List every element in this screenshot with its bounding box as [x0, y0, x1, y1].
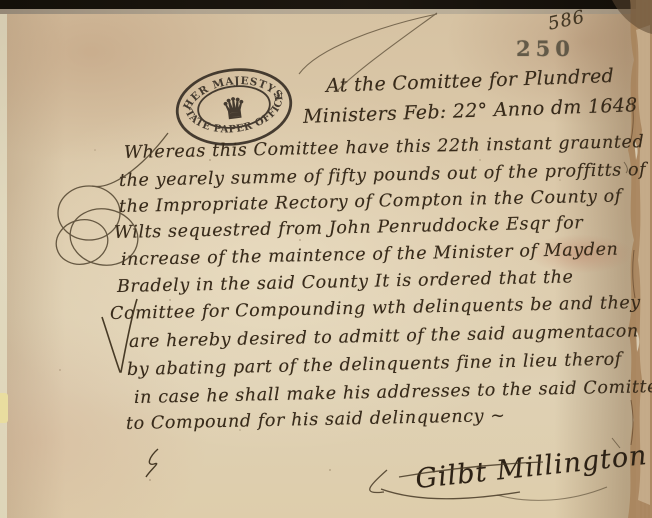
date-stamp-number: 250	[516, 36, 575, 61]
book-top-edge	[0, 0, 652, 9]
manuscript-line: by abating part of the delinquents fine …	[127, 350, 622, 380]
heading-line-1: At the Comittee for Plundred	[326, 65, 615, 97]
manuscript-line: to Compound for his said delinquency ~	[126, 406, 506, 434]
binding-tab	[0, 393, 8, 423]
crown-icon: ♛	[220, 91, 249, 127]
manuscript-line: increase of the maintence of the Ministe…	[121, 240, 619, 270]
manuscript-line: Wilts sequestred from John Penruddocke E…	[114, 213, 584, 243]
manuscript-page-scan: 586 250 ✦ HER MAJESTYS ✦ STATE PAPER OFF…	[0, 0, 652, 518]
manuscript-line: the Impropriate Rectory of Compton in th…	[119, 186, 622, 217]
page-left-edge	[0, 14, 7, 518]
manuscript-line: are hereby desired to admitt of the said…	[129, 321, 639, 352]
heading-line-2: Ministers Feb: 22° Anno dm 1648	[303, 94, 638, 128]
red-ink-flourish	[497, 487, 607, 500]
manuscript-line: Comittee for Compounding wth delinquents…	[110, 293, 641, 324]
paraph-mark	[146, 449, 158, 477]
manuscript-line: in case he shall make his addresses to t…	[134, 377, 652, 408]
manuscript-line: Bradely in the said County It is ordered…	[117, 267, 574, 297]
manuscript-line: the yearely summe of fifty pounds out of…	[119, 160, 647, 191]
